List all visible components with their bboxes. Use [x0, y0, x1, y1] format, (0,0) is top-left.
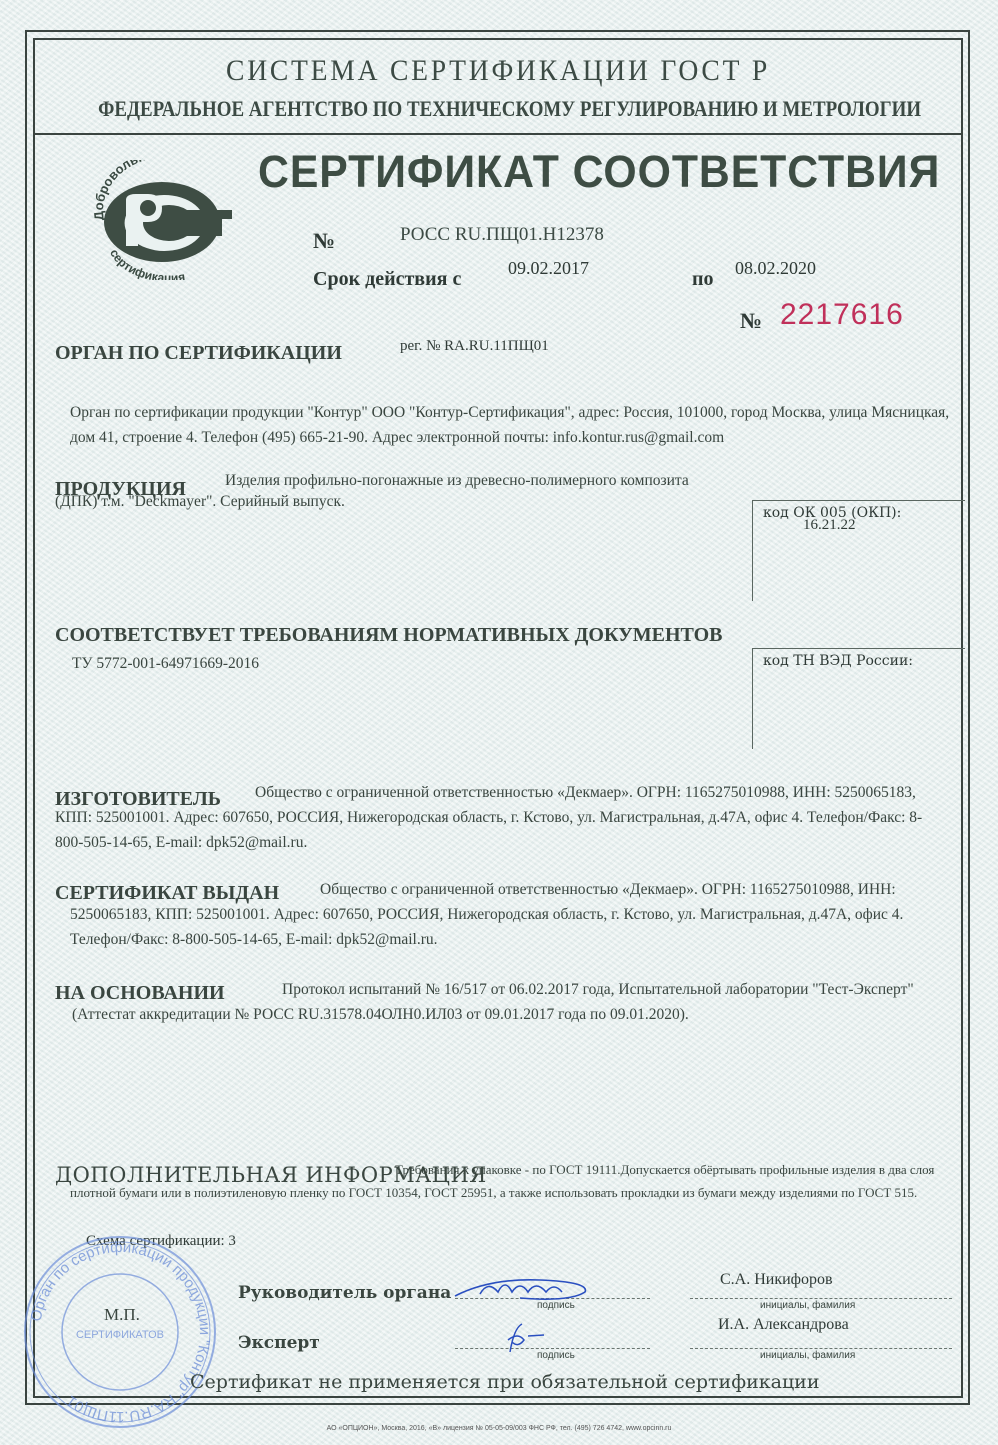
gost-r-logo-icon: Добровольная сертификация: [92, 160, 242, 280]
footer-note: Сертификат не применяется при обязательн…: [190, 1371, 820, 1393]
head-name: С.А. Никифоров: [720, 1271, 833, 1289]
expert-signature-icon: [500, 1318, 550, 1354]
certificate-number-label: №: [313, 228, 335, 254]
certificate-number: РОСС RU.ПЩ01.Н12378: [400, 224, 604, 246]
certification-body-reg: рег. № RA.RU.11ПЩ01: [400, 338, 549, 355]
serial-number: 2217616: [780, 298, 904, 332]
additional-info-text: Требования к упаковке - по ГОСТ 19111.До…: [70, 1158, 965, 1204]
header-divider: [33, 133, 963, 135]
expert-name-line: [690, 1348, 952, 1349]
product-text: Изделия профильно-погонажные из древесно…: [55, 470, 735, 512]
okp-code-box: код ОК 005 (ОКП): 16.21.22: [752, 500, 965, 601]
certificate-title: СЕРТИФИКАТ СООТВЕТСТВИЯ: [258, 146, 940, 198]
valid-to: 08.02.2020: [735, 258, 816, 279]
tnved-code-box: код ТН ВЭД России:: [752, 648, 965, 749]
certification-body-heading: ОРГАН ПО СЕРТИФИКАЦИИ: [55, 342, 342, 365]
conformity-text: ТУ 5772-001-64971669-2016: [72, 651, 259, 676]
serial-number-label: №: [740, 308, 762, 334]
conformity-heading: СООТВЕТСТВУЕТ ТРЕБОВАНИЯМ НОРМАТИВНЫХ ДО…: [55, 624, 723, 647]
okp-code-value: 16.21.22: [803, 517, 856, 534]
stamp-center-text: СЕРТИФИКАТОВ: [76, 1329, 164, 1341]
manufacturer-text: Общество с ограниченной ответственностью…: [55, 780, 925, 855]
expert-name-caption: инициалы, фамилия: [760, 1350, 855, 1361]
seal-stamp-icon: Орган по сертификации продукции "Контур"…: [20, 1232, 220, 1432]
agency-title: ФЕДЕРАЛЬНОЕ АГЕНТСТВО ПО ТЕХНИЧЕСКОМУ РЕ…: [98, 96, 898, 122]
seal-label: М.П.: [104, 1305, 140, 1325]
head-name-line: [690, 1298, 952, 1299]
head-signature-icon: [450, 1270, 600, 1306]
tnved-code-label: код ТН ВЭД России:: [763, 653, 913, 669]
issued-to-text: Общество с ограниченной ответственностью…: [70, 877, 965, 952]
validity-label: Срок действия с: [313, 268, 461, 291]
head-of-body-label: Руководитель органа: [238, 1283, 451, 1303]
basis-text: Протокол испытаний № 16/517 от 06.02.201…: [72, 977, 962, 1027]
expert-label: Эксперт: [238, 1333, 320, 1353]
head-name-caption: инициалы, фамилия: [760, 1300, 855, 1311]
expert-signature-line: [455, 1348, 650, 1349]
system-title: СИСТЕМА СЕРТИФИКАЦИИ ГОСТ Р: [70, 54, 926, 88]
expert-name: И.А. Александрова: [718, 1316, 849, 1334]
valid-from: 09.02.2017: [508, 258, 589, 279]
valid-to-label: по: [692, 268, 714, 291]
certification-body-text: Орган по сертификации продукции "Контур"…: [70, 400, 970, 450]
printer-info: АО «ОПЦИОН», Москва, 2016, «В» лицензия …: [0, 1425, 998, 1432]
